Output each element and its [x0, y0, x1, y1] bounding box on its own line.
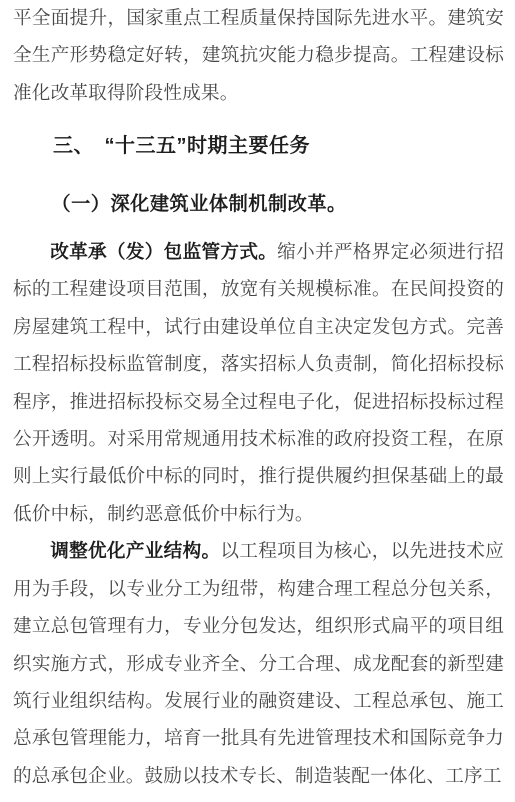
paragraph-body: 缩小并严格界定必须进行招标的工程建设项目范围，放宽有关规模标准。在民间投资的房屋… [13, 242, 504, 525]
paragraph-lead: 改革承（发）包监管方式。 [50, 242, 277, 263]
paragraph-industry-structure: 调整优化产业结构。以工程项目为核心，以先进技术应用为手段，以专业分工为纽带，构建… [13, 533, 504, 795]
paragraph-body: 以工程项目为核心，以先进技术应用为手段，以专业分工为纽带，构建合理工程总分包关系… [13, 541, 504, 786]
paragraph-contracting-reform: 改革承（发）包监管方式。缩小并严格界定必须进行招标的工程建设项目范围，放宽有关规… [13, 234, 504, 533]
continuation-paragraph: 平全面提升，国家重点工程质量保持国际先进水平。建筑安全生产形势稳定好转，建筑抗灾… [13, 0, 504, 112]
section-heading: 三、 “十三五”时期主要任务 [13, 128, 504, 165]
subsection-heading: （一）深化建筑业体制机制改革。 [13, 186, 504, 223]
paragraph-lead: 调整优化产业结构。 [50, 541, 220, 562]
document-page: 平全面提升，国家重点工程质量保持国际先进水平。建筑安全生产形势稳定好转，建筑抗灾… [0, 0, 515, 802]
